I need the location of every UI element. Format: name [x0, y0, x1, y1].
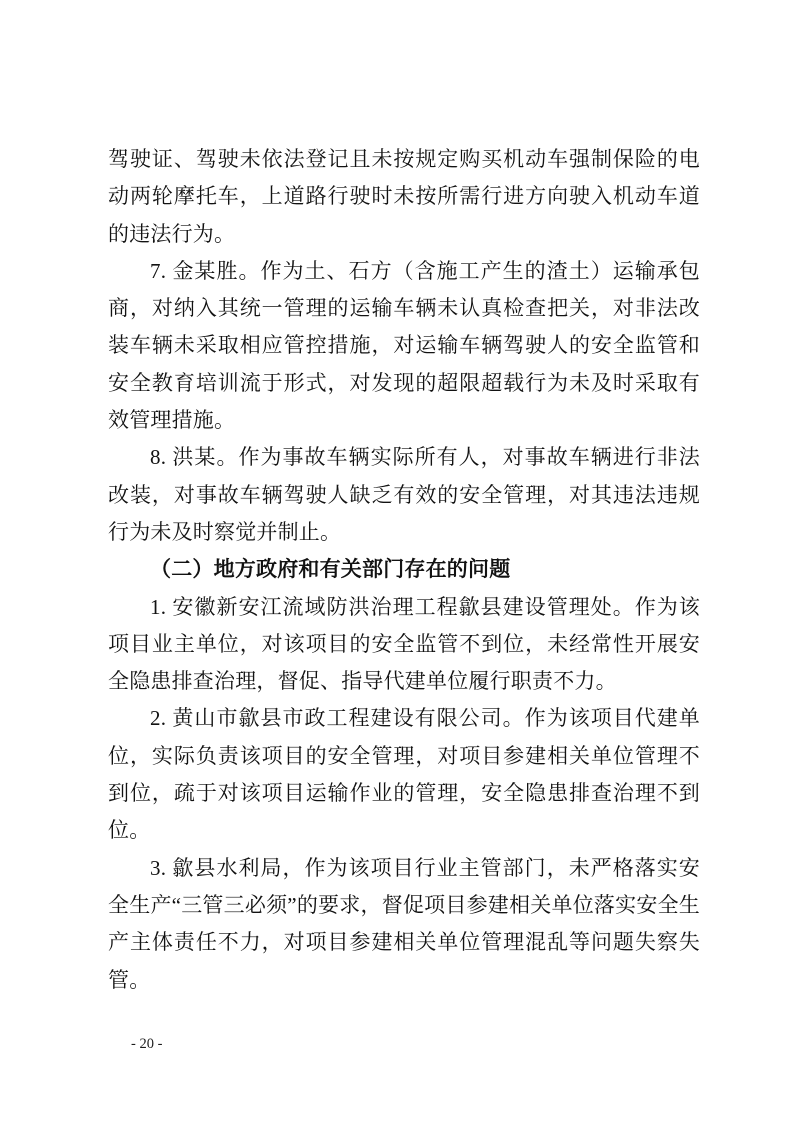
- paragraph-item-ii-3: 3. 歙县水利局，作为该项目行业主管部门，未严格落实安全生产“三管三必须”的要求…: [108, 850, 700, 999]
- paragraph-item-7: 7. 金某胜。作为土、石方（含施工产生的渣土）运输承包商，对纳入其统一管理的运输…: [108, 253, 700, 439]
- section-heading-2: （二）地方政府和有关部门存在的问题: [108, 551, 700, 588]
- page-number: - 20 -: [131, 1035, 162, 1053]
- document-page: 驾驶证、驾驶未依法登记且未按规定购买机动车强制保险的电动两轮摩托车，上道路行驶时…: [0, 0, 793, 1122]
- paragraph-item-ii-1: 1. 安徽新安江流域防洪治理工程歙县建设管理处。作为该项目业主单位，对该项目的安…: [108, 589, 700, 701]
- paragraph-item-ii-2: 2. 黄山市歙县市政工程建设有限公司。作为该项目代建单位，实际负责该项目的安全管…: [108, 700, 700, 849]
- document-body: 驾驶证、驾驶未依法登记且未按规定购买机动车强制保险的电动两轮摩托车，上道路行驶时…: [108, 141, 700, 999]
- paragraph-continuation: 驾驶证、驾驶未依法登记且未按规定购买机动车强制保险的电动两轮摩托车，上道路行驶时…: [108, 141, 700, 253]
- paragraph-item-8: 8. 洪某。作为事故车辆实际所有人，对事故车辆进行非法改装，对事故车辆驾驶人缺乏…: [108, 439, 700, 551]
